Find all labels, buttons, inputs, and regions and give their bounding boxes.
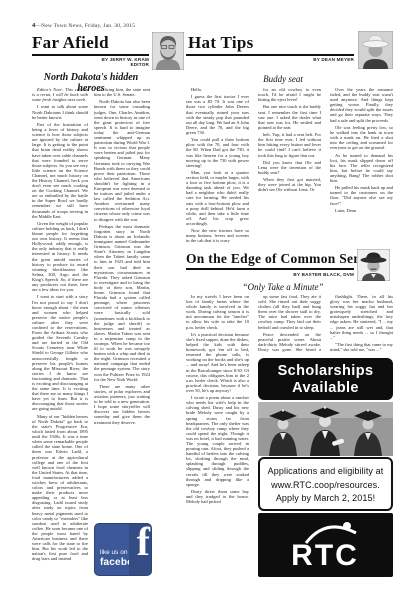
graduates-photo xyxy=(258,402,393,456)
common-sense-column-3: flashlight. There, in all his glory was … xyxy=(330,294,393,352)
rtc-ad-banner-line1: Scholarships xyxy=(278,363,374,379)
far-afield-column-1: Editor's Note: This column is a rerun, I… xyxy=(32,87,88,577)
far-afield-title: Far Afield xyxy=(32,33,109,53)
far-afield-byline-name: BY JERRY W. KRAM xyxy=(101,57,149,62)
rtc-ad-banner-line2: Available xyxy=(292,380,359,396)
hat-tips-rule xyxy=(186,54,354,56)
common-sense-title: On the Edge of Common Sense xyxy=(186,251,373,267)
rtc-logo-text: RTC xyxy=(291,539,359,572)
facebook-f-icon: f xyxy=(137,523,150,565)
dean-meyer-photo xyxy=(358,31,393,69)
rtc-logo: RTC xyxy=(258,513,393,577)
rtc-ad-banner: Scholarships Available xyxy=(258,358,393,400)
jerry-kram-photo xyxy=(152,32,184,70)
far-afield-byline: BY JERRY W. KRAM EDITOR xyxy=(32,57,149,68)
rtc-ad-copy-line2: www.RTC.coop/resources. xyxy=(271,480,380,490)
masthead: 4—New Town News, Friday, Jan. 30, 2015 xyxy=(32,22,135,29)
far-afield-byline-role: EDITOR xyxy=(131,62,149,67)
masthead-text: —New Town News, Friday, Jan. 30, 2015 xyxy=(35,23,135,29)
rtc-ad-copy-box: Applications and eligibility at www.RTC.… xyxy=(258,457,393,511)
rtc-ad-copy-line1: Applications and eligibility at xyxy=(268,466,384,476)
baxter-black-photo xyxy=(357,249,390,281)
hat-tips-byline: BY DEAN MEYER xyxy=(186,57,354,62)
hat-tips-title: Hat Tips xyxy=(188,33,254,53)
hat-tips-column-1: Hello.I guess the first tractor I ever r… xyxy=(186,87,249,248)
rtc-ad-copy-line3: Apply by March 2, 2015! xyxy=(276,493,375,503)
hat-tips-column-2: for an old cowboy to even touch. I'd be … xyxy=(258,87,321,248)
newspaper-page: 4—New Town News, Friday, Jan. 30, 2015 F… xyxy=(0,0,400,600)
common-sense-headline: “Only Take a Minute” xyxy=(186,282,380,292)
rtc-logo-box: RTC xyxy=(258,513,393,577)
common-sense-column-2: up some fast food. They ate it cold. She… xyxy=(258,294,321,352)
hat-tips-column-3: Over the years the romance faded, and th… xyxy=(330,87,393,248)
facebook-badge: like us on facebook f xyxy=(94,523,152,576)
far-afield-rule xyxy=(32,54,149,56)
common-sense-column-1: In my travels I have been on lots of fam… xyxy=(186,294,249,577)
common-sense-rule xyxy=(186,268,354,270)
common-sense-byline: BY BAXTER BLACK, DVM xyxy=(186,272,354,277)
far-afield-column-2: of firing him, the state sent him to the… xyxy=(94,87,150,519)
hat-tips-headline: Buddy seat xyxy=(186,74,380,84)
